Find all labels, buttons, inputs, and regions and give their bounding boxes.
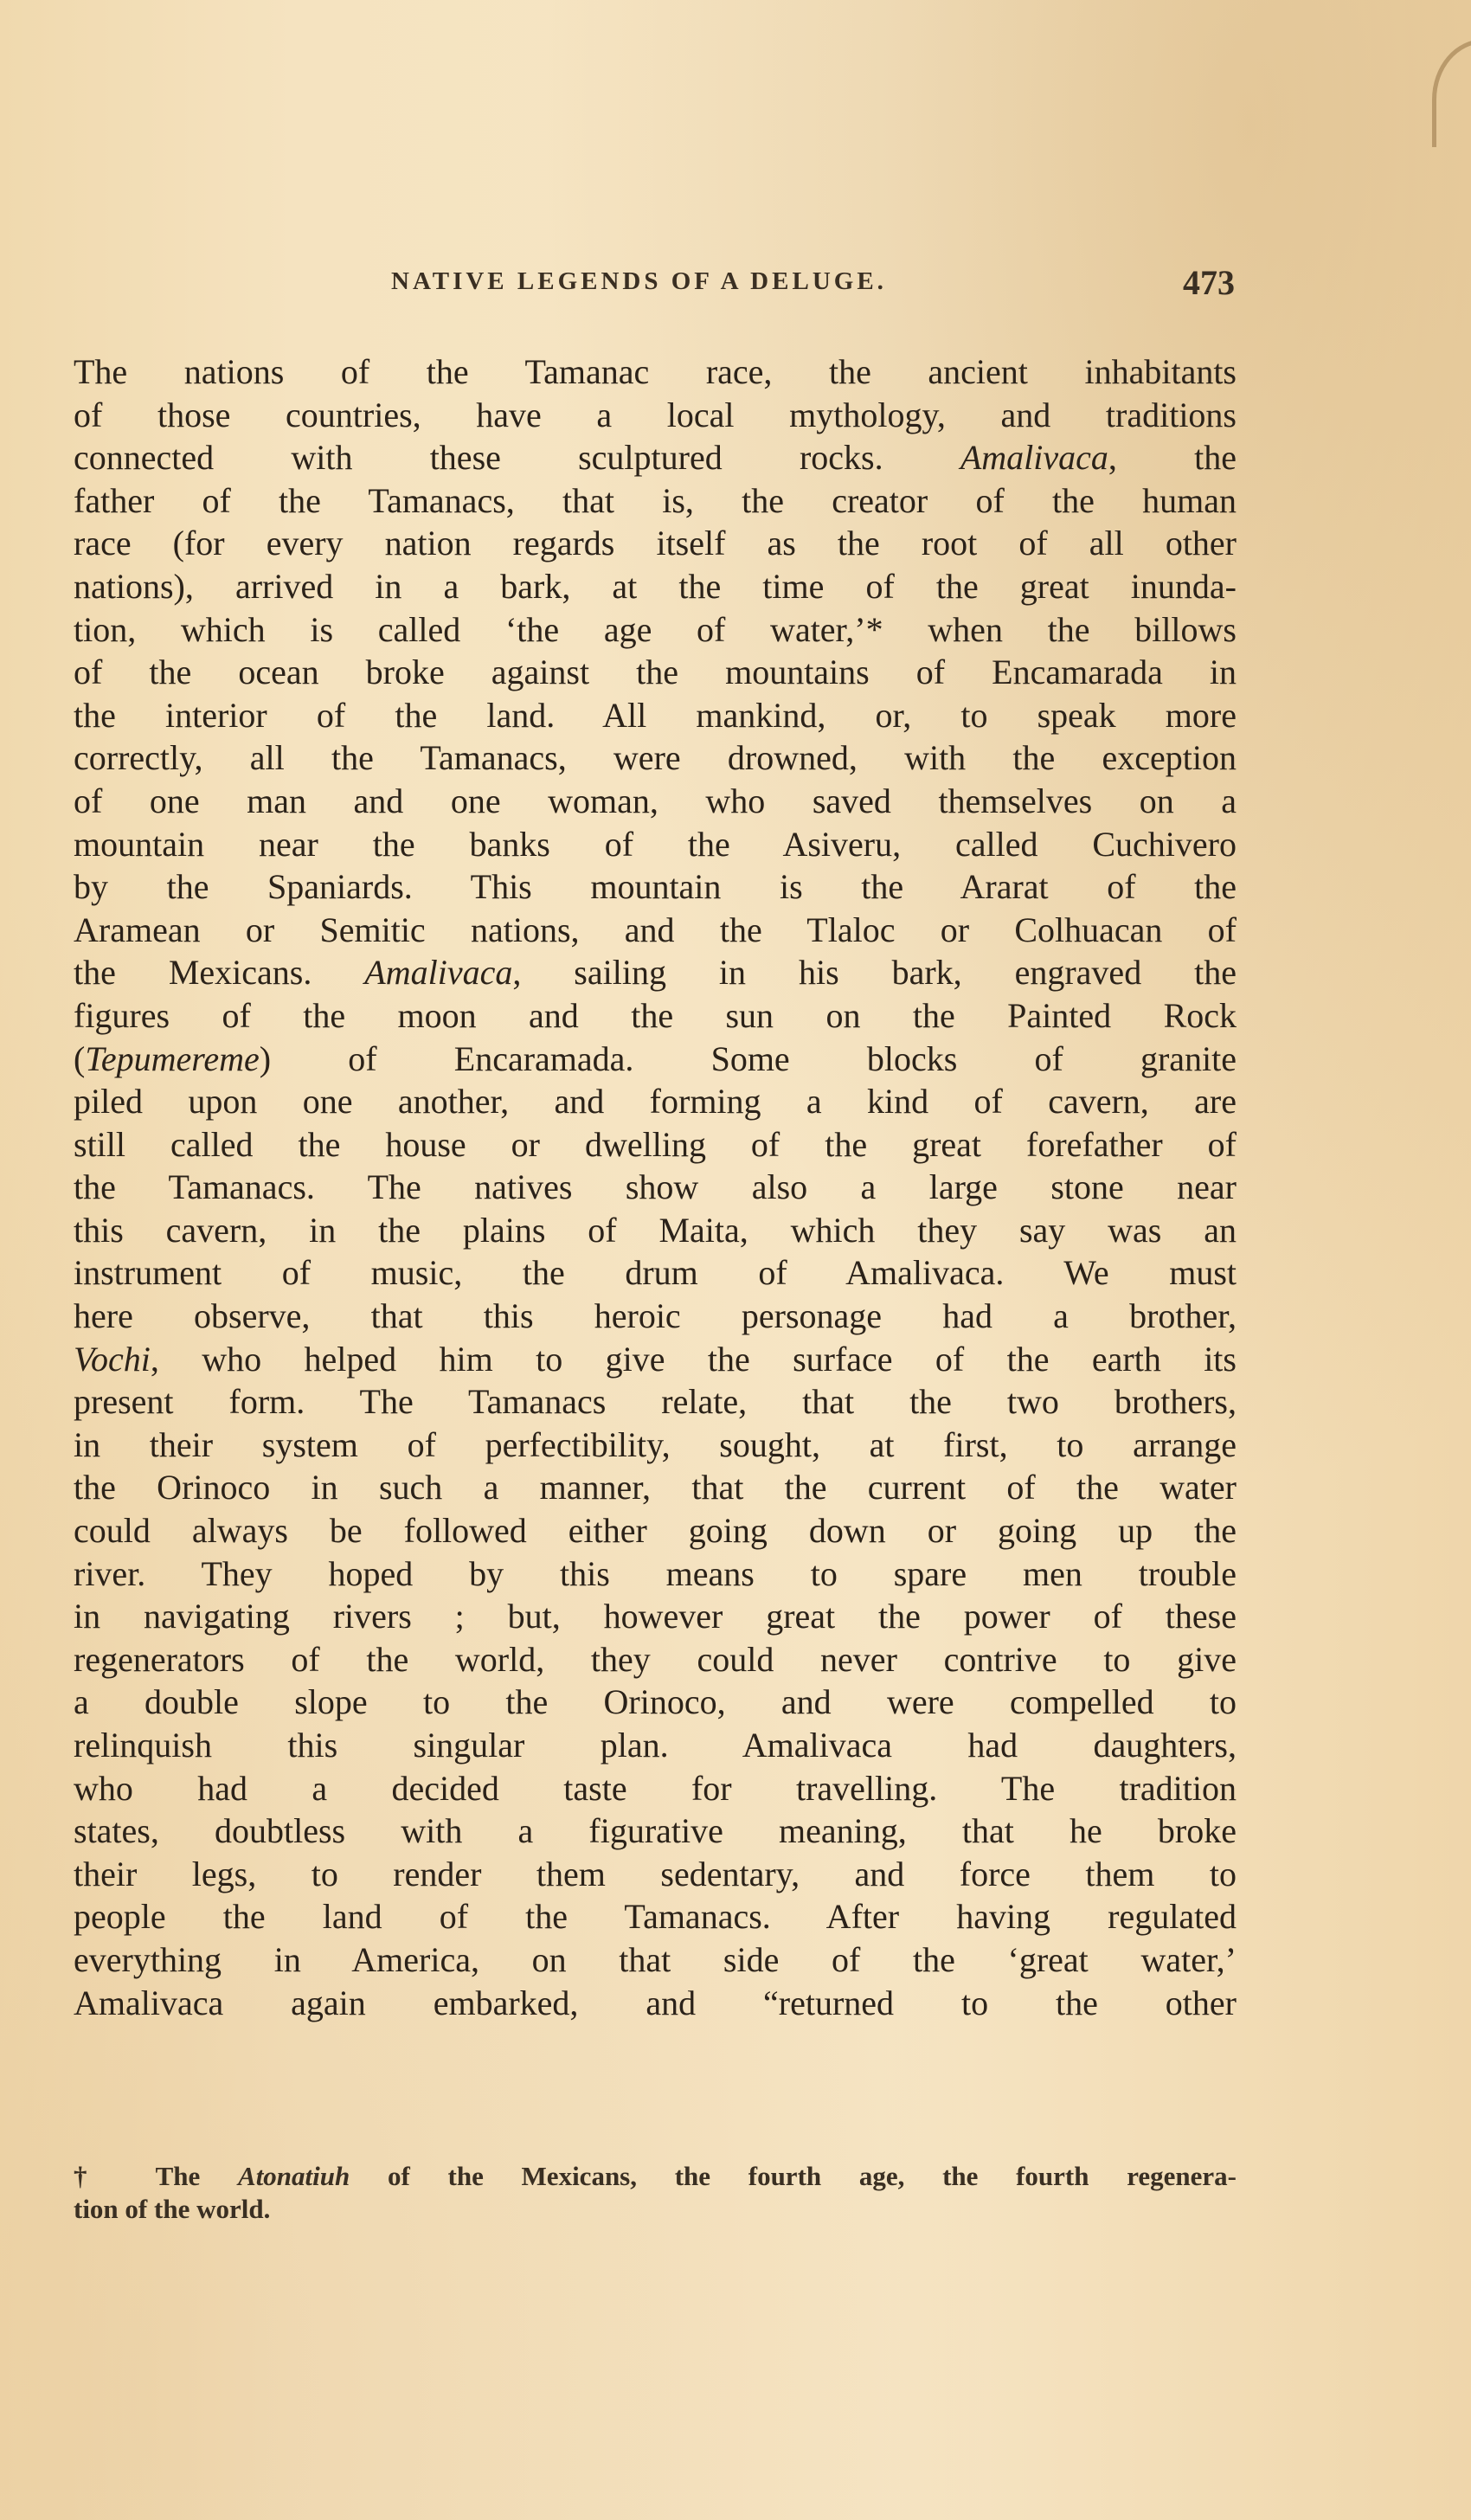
line-text: the Tamanacs. The natives show also a la…: [74, 1167, 1237, 1206]
line-text: father of the Tamanacs, that is, the cre…: [74, 481, 1237, 520]
text-line: instrument of music, the drum of Amaliva…: [74, 1251, 1237, 1295]
text-line: in their system of perfectibility, sough…: [74, 1424, 1237, 1467]
line-text: of the ocean broke against the mountains…: [74, 652, 1237, 691]
line-text: tion, which is called ‘the age of water,…: [74, 610, 1237, 649]
text-line: their legs, to render them sedentary, an…: [74, 1853, 1237, 1896]
footnote-text: † The: [74, 2161, 238, 2191]
text-line: nations), arrived in a bark, at the time…: [74, 565, 1237, 608]
line-text: , sailing in his bark, engraved the: [512, 953, 1237, 992]
line-text: regenerators of the world, they could ne…: [74, 1640, 1237, 1679]
line-text: the interior of the land. All mankind, o…: [74, 696, 1237, 735]
running-head: NATIVE LEGENDS OF A DELUGE. 473: [391, 262, 1235, 305]
italic-term: Tepumereme: [85, 1039, 259, 1078]
line-text: mountain near the banks of the Asiveru, …: [74, 825, 1237, 864]
page-curl-shadow: [1432, 39, 1471, 147]
line-text: Aramean or Semitic nations, and the Tlal…: [74, 910, 1237, 949]
line-text: a double slope to the Orinoco, and were …: [74, 1682, 1237, 1721]
line-text: connected with these sculptured rocks.: [74, 438, 960, 477]
text-line: connected with these sculptured rocks. A…: [74, 436, 1237, 479]
italic-term: Amalivaca: [960, 438, 1108, 477]
line-text: (: [74, 1039, 85, 1078]
text-line: everything in America, on that side of t…: [74, 1938, 1237, 1982]
footnote-line: tion of the world.: [74, 2193, 1237, 2226]
line-text: people the land of the Tamanacs. After h…: [74, 1897, 1237, 1936]
line-text: river. They hoped by this means to spare…: [74, 1554, 1237, 1593]
line-text: ) of Encaramada. Some blocks of granite: [260, 1039, 1237, 1078]
text-line: the Tamanacs. The natives show also a la…: [74, 1166, 1237, 1209]
line-text: of those countries, have a local mytholo…: [74, 395, 1237, 434]
line-text: still called the house or dwelling of th…: [74, 1125, 1237, 1164]
line-text: could always be followed either going do…: [74, 1511, 1237, 1550]
line-text: , the: [1108, 438, 1237, 477]
line-text: everything in America, on that side of t…: [74, 1940, 1237, 1979]
body-text: The nations of the Tamanac race, the anc…: [74, 350, 1237, 2024]
line-text: correctly, all the Tamanacs, were drowne…: [74, 738, 1237, 777]
text-line: father of the Tamanacs, that is, the cre…: [74, 479, 1237, 523]
text-line: here observe, that this heroic personage…: [74, 1295, 1237, 1338]
text-line: in navigating rivers ; but, however grea…: [74, 1595, 1237, 1638]
line-text: Amalivaca again embarked, and “returned …: [74, 1983, 1237, 2022]
footnote-line: † The Atonatiuh of the Mexicans, the fou…: [74, 2160, 1237, 2193]
text-line: a double slope to the Orinoco, and were …: [74, 1681, 1237, 1724]
line-text: states, doubtless with a figurative mean…: [74, 1811, 1237, 1850]
page-number: 473: [1183, 262, 1235, 303]
text-line: the Orinoco in such a manner, that the c…: [74, 1466, 1237, 1509]
footnote-italic-term: Atonatiuh: [238, 2161, 350, 2191]
line-text: this cavern, in the plains of Maita, whi…: [74, 1211, 1237, 1250]
line-text: race (for every nation regards itself as…: [74, 524, 1237, 562]
italic-term: Vochi: [74, 1340, 151, 1379]
line-text: their legs, to render them sedentary, an…: [74, 1855, 1237, 1893]
text-line: by the Spaniards. This mountain is the A…: [74, 865, 1237, 909]
text-line: the Mexicans. Amalivaca, sailing in his …: [74, 951, 1237, 994]
text-line: who had a decided taste for travelling. …: [74, 1767, 1237, 1810]
line-text: instrument of music, the drum of Amaliva…: [74, 1253, 1237, 1292]
text-line: race (for every nation regards itself as…: [74, 522, 1237, 565]
text-line: piled upon one another, and forming a ki…: [74, 1080, 1237, 1123]
text-line: still called the house or dwelling of th…: [74, 1123, 1237, 1167]
text-line: Vochi, who helped him to give the surfac…: [74, 1338, 1237, 1381]
text-line: regenerators of the world, they could ne…: [74, 1638, 1237, 1681]
line-text: in navigating rivers ; but, however grea…: [74, 1597, 1237, 1636]
text-line: Aramean or Semitic nations, and the Tlal…: [74, 909, 1237, 952]
line-text: of one man and one woman, who saved them…: [74, 781, 1237, 820]
line-text: in their system of perfectibility, sough…: [74, 1425, 1237, 1464]
line-text: , who helped him to give the surface of …: [151, 1340, 1237, 1379]
text-line: relinquish this singular plan. Amalivaca…: [74, 1724, 1237, 1767]
line-text: piled upon one another, and forming a ki…: [74, 1082, 1237, 1121]
text-line: mountain near the banks of the Asiveru, …: [74, 823, 1237, 866]
running-head-title: NATIVE LEGENDS OF A DELUGE.: [391, 267, 887, 296]
text-line: The nations of the Tamanac race, the anc…: [74, 350, 1237, 394]
text-line: states, doubtless with a figurative mean…: [74, 1810, 1237, 1853]
text-line: Amalivaca again embarked, and “returned …: [74, 1982, 1237, 2025]
text-line: the interior of the land. All mankind, o…: [74, 694, 1237, 737]
text-line: correctly, all the Tamanacs, were drowne…: [74, 736, 1237, 780]
text-line: of the ocean broke against the mountains…: [74, 651, 1237, 694]
line-text: figures of the moon and the sun on the P…: [74, 996, 1237, 1035]
text-line: tion, which is called ‘the age of water,…: [74, 608, 1237, 652]
line-text: by the Spaniards. This mountain is the A…: [74, 867, 1237, 906]
text-line: of those countries, have a local mytholo…: [74, 394, 1237, 437]
italic-term: Amalivaca: [364, 953, 512, 992]
line-text: The nations of the Tamanac race, the anc…: [74, 352, 1237, 391]
text-line: people the land of the Tamanacs. After h…: [74, 1895, 1237, 1938]
line-text: present form. The Tamanacs relate, that …: [74, 1382, 1237, 1421]
text-line: could always be followed either going do…: [74, 1509, 1237, 1552]
text-line: river. They hoped by this means to spare…: [74, 1552, 1237, 1596]
line-text: the Orinoco in such a manner, that the c…: [74, 1468, 1237, 1507]
text-line: of one man and one woman, who saved them…: [74, 780, 1237, 823]
line-text: nations), arrived in a bark, at the time…: [74, 567, 1237, 606]
line-text: who had a decided taste for travelling. …: [74, 1769, 1237, 1808]
footnote: † The Atonatiuh of the Mexicans, the fou…: [74, 2160, 1237, 2226]
text-line: (Tepumereme) of Encaramada. Some blocks …: [74, 1038, 1237, 1081]
footnote-text: of the Mexicans, the fourth age, the fou…: [350, 2161, 1237, 2191]
text-line: present form. The Tamanacs relate, that …: [74, 1380, 1237, 1424]
text-line: this cavern, in the plains of Maita, whi…: [74, 1209, 1237, 1252]
text-line: figures of the moon and the sun on the P…: [74, 994, 1237, 1038]
line-text: relinquish this singular plan. Amalivaca…: [74, 1726, 1237, 1765]
line-text: here observe, that this heroic personage…: [74, 1296, 1237, 1335]
line-text: the Mexicans.: [74, 953, 364, 992]
